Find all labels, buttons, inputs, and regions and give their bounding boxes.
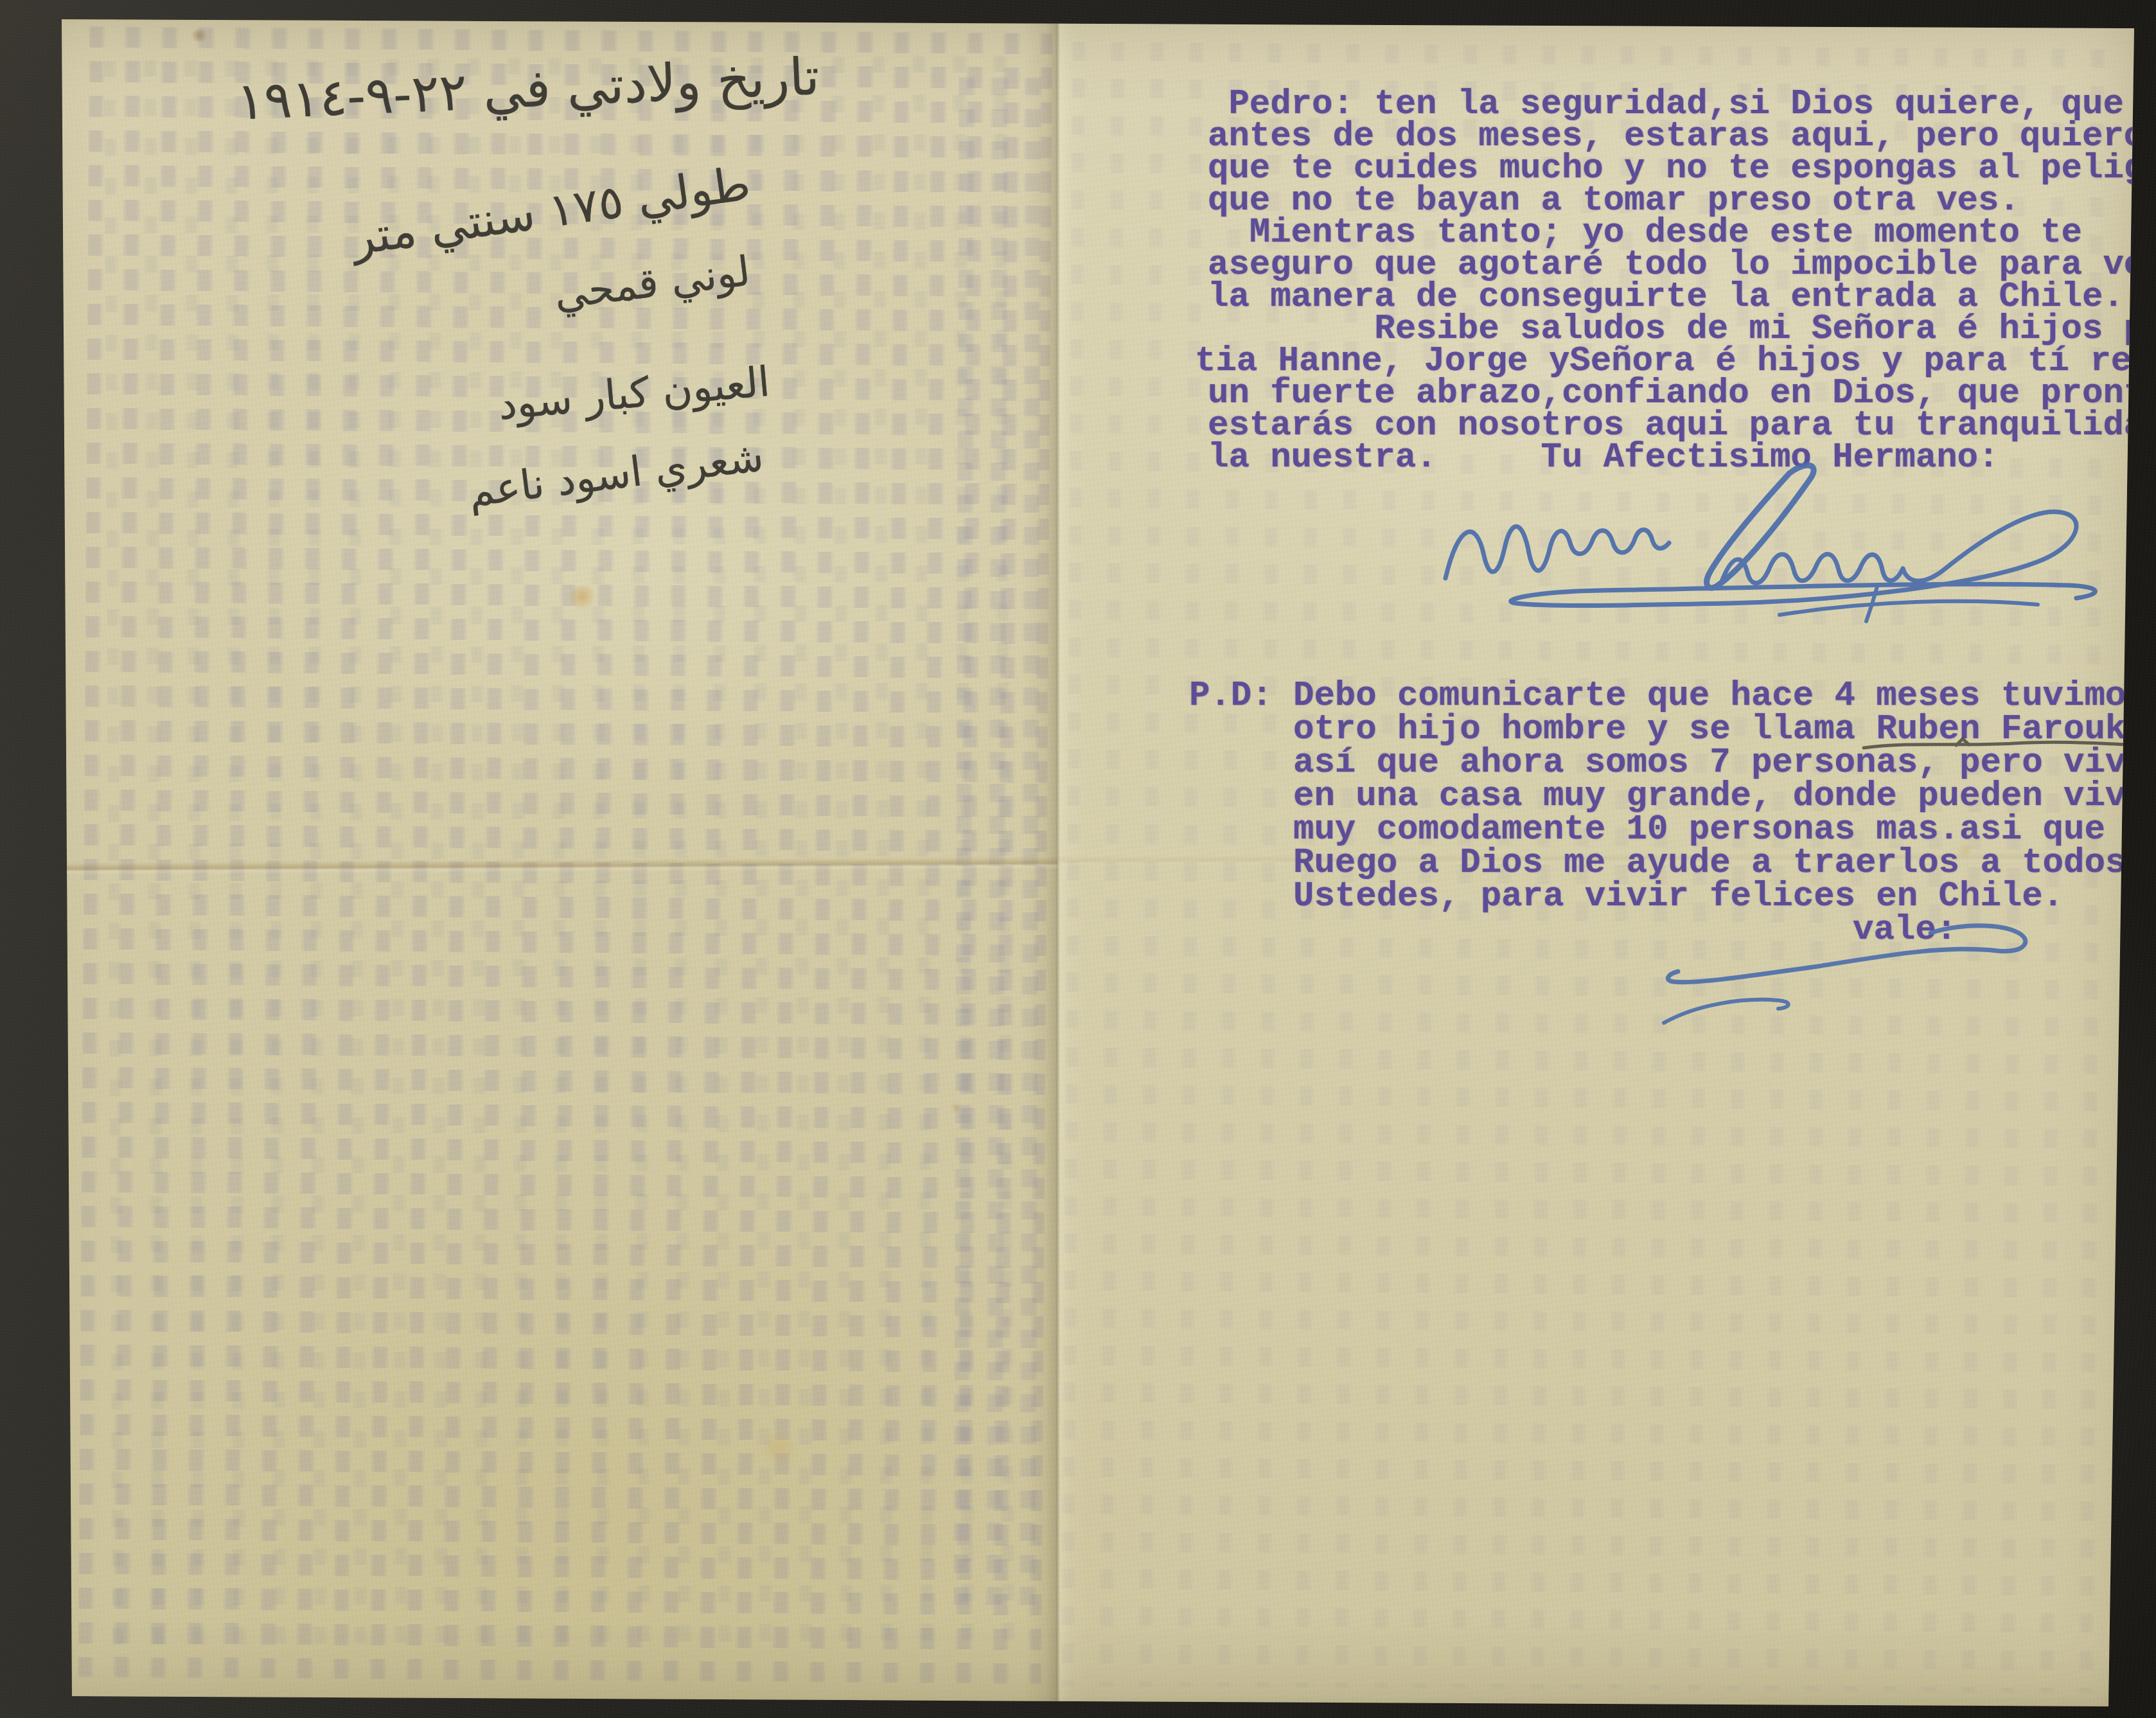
letter-paper-sheet: تاريخ ولادتي في ٢٢-٩-١٩١٤ طولي ١٧٥ سنتي … (0, 0, 2156, 1718)
paper-edge-vignette (0, 0, 2156, 1718)
scanned-letter-canvas: تاريخ ولادتي في ٢٢-٩-١٩١٤ طولي ١٧٥ سنتي … (0, 0, 2156, 1718)
